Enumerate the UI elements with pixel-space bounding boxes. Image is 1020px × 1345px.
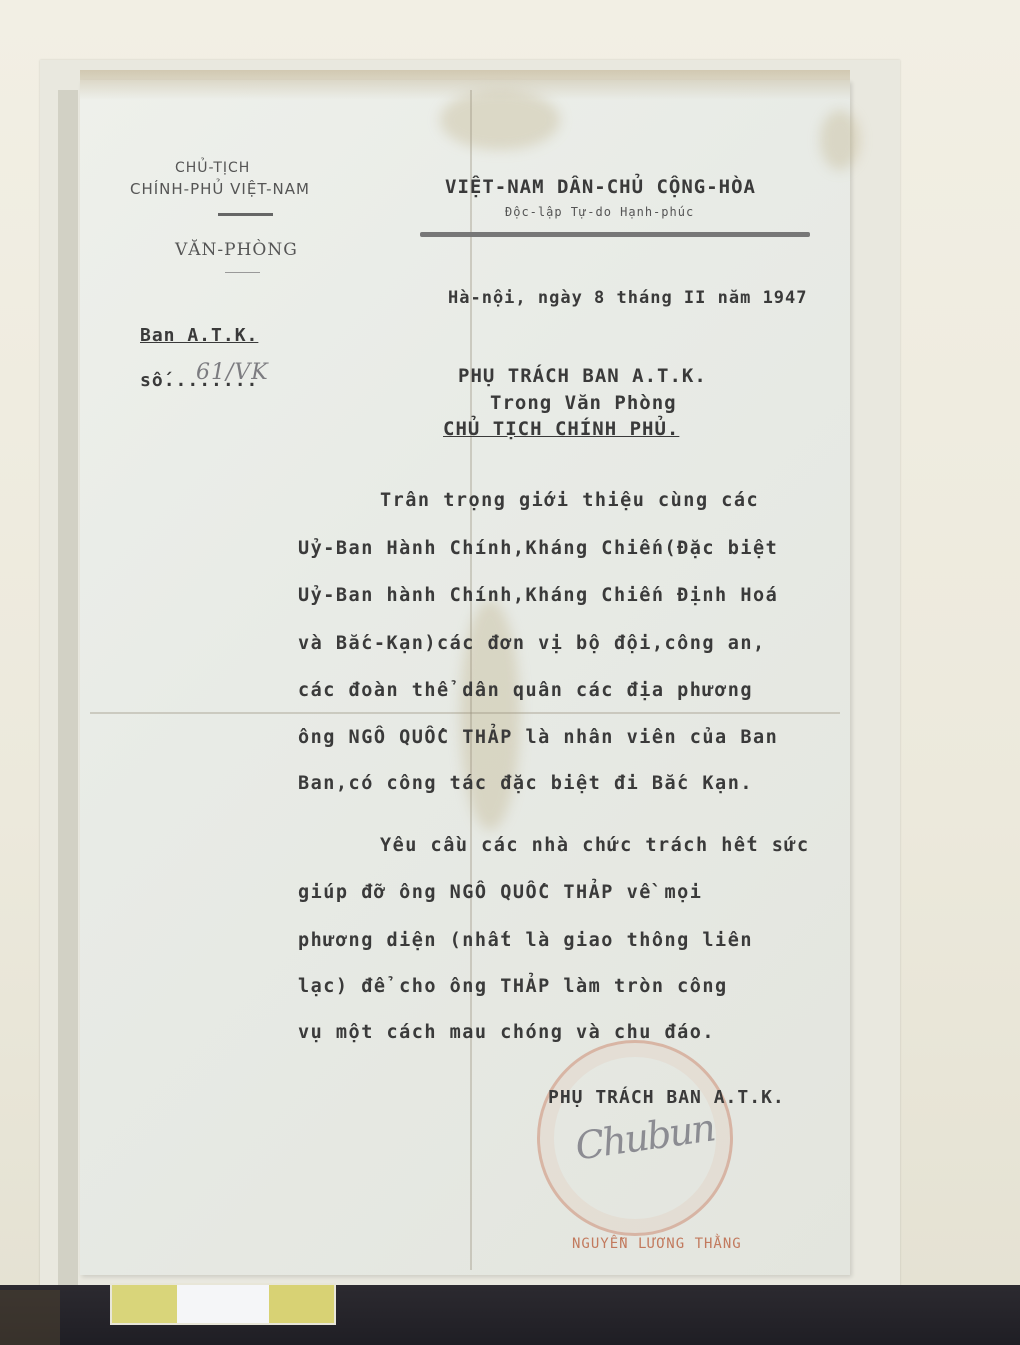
addressee-line1: PHỤ TRÁCH BAN A.T.K.: [458, 365, 707, 387]
national-title-divider: [420, 232, 810, 237]
reference-department: Ban A.T.K.: [140, 325, 258, 346]
body-line: vụ một cách mau chóng và chu đáo.: [298, 1022, 715, 1043]
display-case-base-shadow: [0, 1290, 60, 1345]
label-tag-yellow-right: [269, 1285, 334, 1323]
body-line: phương diện (nhất là giao thông liên: [298, 930, 753, 951]
national-title: VIỆT-NAM DÂN-CHỦ CỘNG-HÒA: [445, 176, 756, 198]
national-motto: Độc-lập Tự-do Hạnh-phúc: [505, 205, 694, 219]
reference-number-label: số: [140, 370, 164, 391]
header-left-line1: CHỦ-TỊCH: [175, 160, 250, 176]
header-left-divider-small: [225, 272, 260, 273]
stamped-signatory-name: NGUYỄN LƯƠNG THẰNG: [572, 1236, 742, 1252]
body-line: Yêu cầu các nhà chức trách hết sức: [380, 835, 810, 856]
body-line: lạc) để cho ông THẢP làm tròn công: [298, 976, 728, 997]
reference-number-handwritten: 61/VK: [196, 360, 269, 385]
body-line: Uỷ-Ban hành Chính,Kháng Chiến Định Hoá: [298, 585, 778, 606]
protective-sleeve-edge: [58, 90, 78, 1290]
body-line: ông NGÔ QUỐC THẢP là nhân viên của Ban: [298, 727, 778, 748]
date-line: Hà-nội, ngày 8 tháng II năm 1947: [448, 288, 808, 308]
body-line: và Bắc-Kạn)các đơn vị bộ đội,công an,: [298, 633, 766, 654]
body-line: giúp đỡ ông NGÔ QUỐC THẢP về mọi: [298, 882, 702, 903]
exhibit-label-tag: [110, 1283, 336, 1325]
header-left-line2: CHÍNH-PHỦ VIỆT-NAM: [130, 180, 310, 198]
body-line: Uỷ-Ban Hành Chính,Kháng Chiến(Đặc biệt: [298, 538, 778, 559]
body-line: Trân trọng giới thiệu cùng các: [380, 490, 759, 511]
addressee-line2: Trong Văn Phòng: [490, 392, 677, 414]
label-tag-yellow-left: [112, 1285, 177, 1323]
water-stain: [820, 110, 860, 170]
header-left-office: VĂN-PHÒNG: [175, 240, 298, 260]
header-left-divider: [218, 213, 273, 216]
water-stain: [440, 90, 560, 150]
body-line: Ban,có công tác đặc biệt đi Bắc Kạn.: [298, 773, 753, 794]
signature-title: PHỤ TRÁCH BAN A.T.K.: [548, 1087, 785, 1108]
addressee-line3: CHỦ TỊCH CHÍNH PHỦ.: [443, 418, 679, 440]
fold-line-horizontal: [90, 712, 840, 714]
body-line: các đoàn thể dân quân các địa phương: [298, 680, 753, 701]
